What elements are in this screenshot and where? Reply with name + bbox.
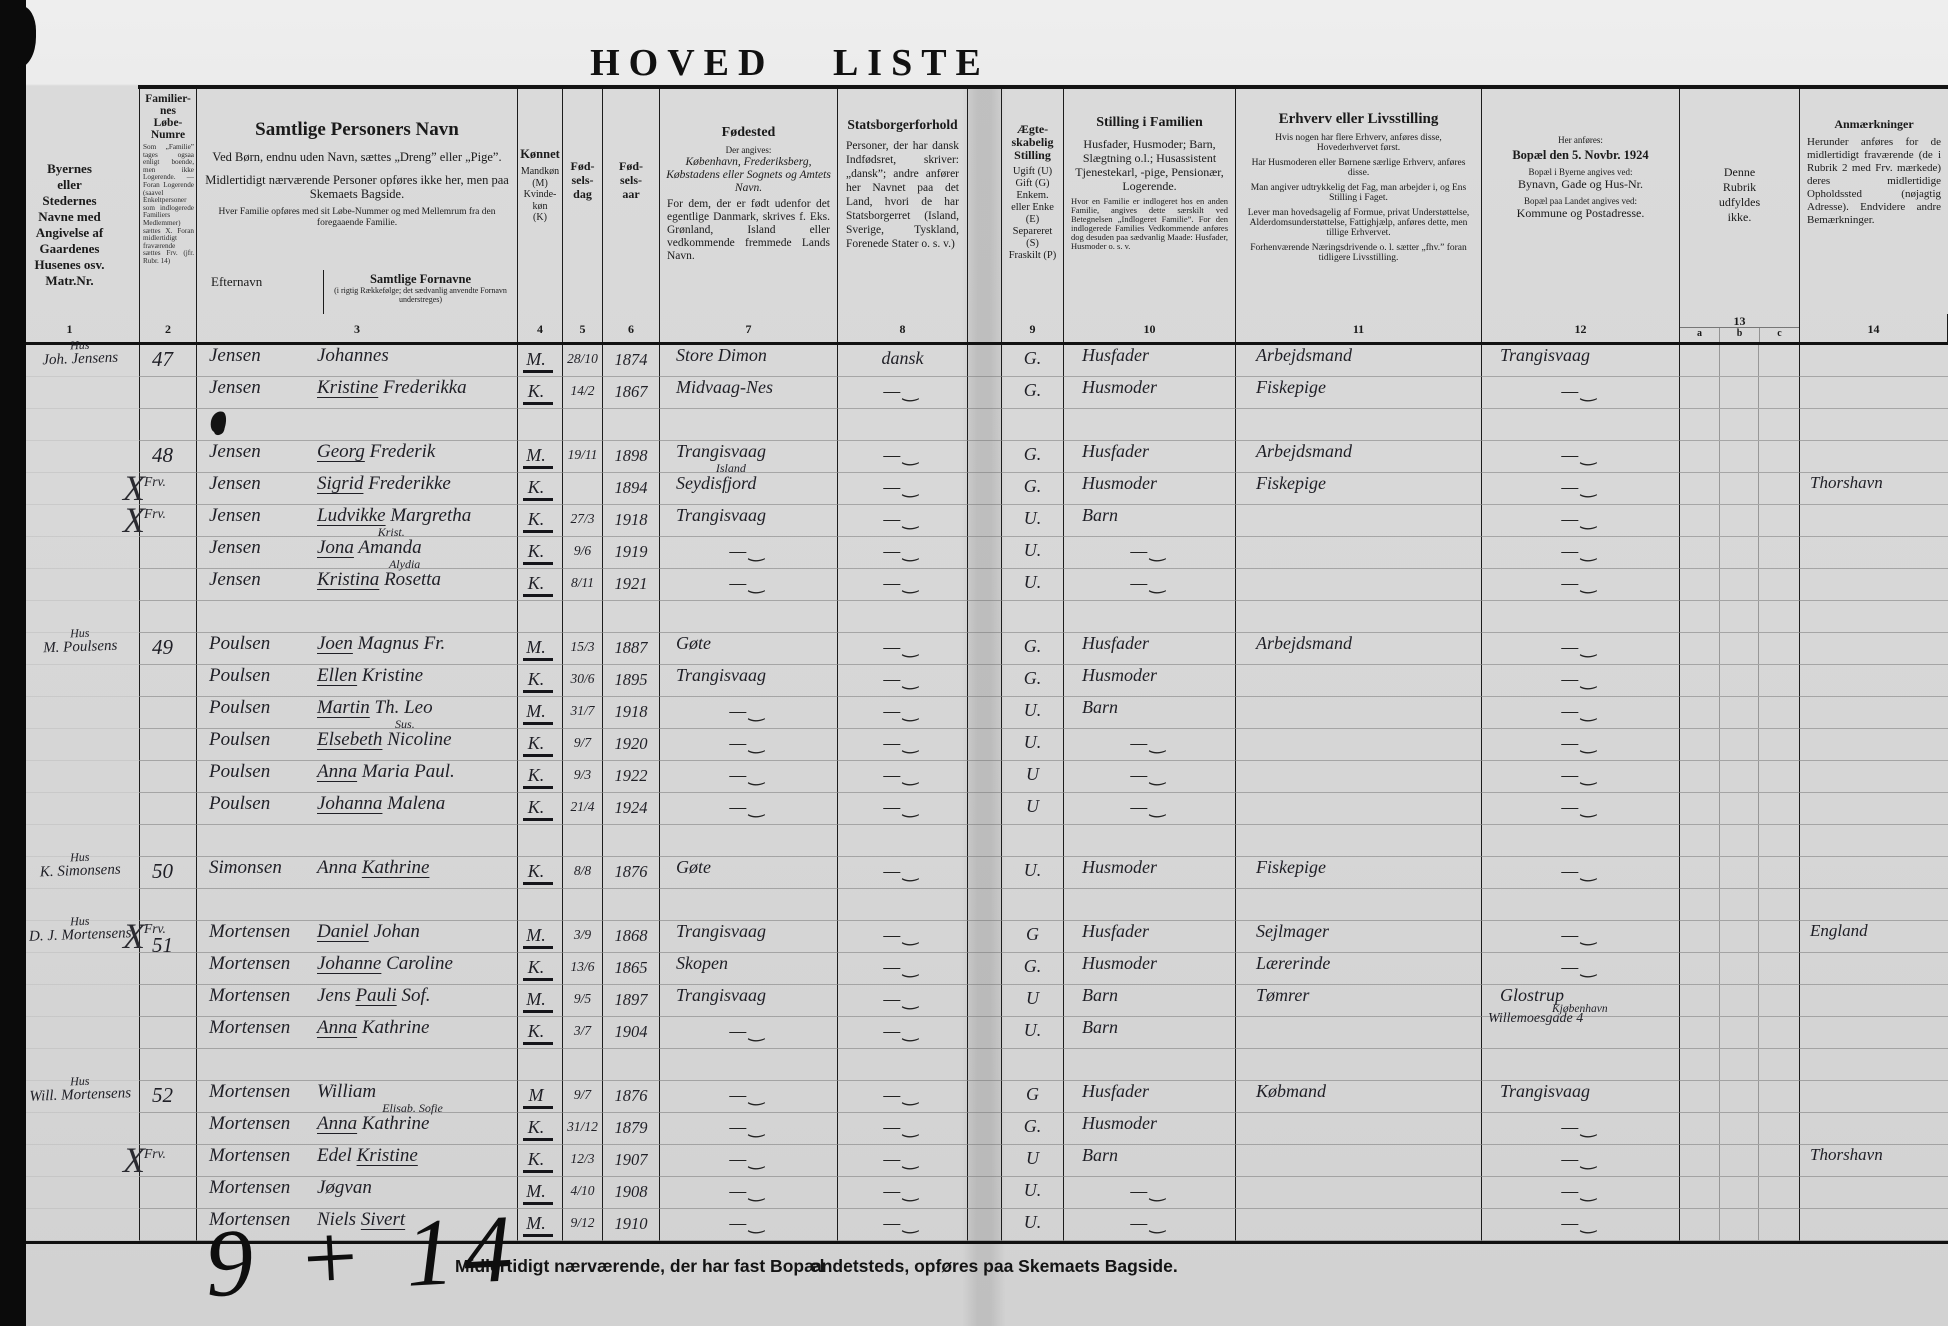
fold-gutter-cell [968,697,1002,729]
person-row: HusJoh. Jensens47JensenJohannesM.28/1018… [0,345,1948,377]
cell-blank-rubric [1680,409,1800,441]
marital-status-value: G. [1002,441,1063,465]
cell-name: PoulsenMartin Th. Leo [197,697,518,729]
fold-gutter-cell [968,889,1002,921]
fold-gutter-cell [968,505,1002,537]
first-names: Ludvikke Margretha [317,505,471,526]
cell-family-position: Husmoder [1064,473,1236,505]
blank-rubric-c [1759,729,1799,760]
birthplace-p3: For dem, der er født udenfor det egentli… [660,198,837,263]
person-row: MortensenJohanne CarolineK.13/61865Skope… [0,953,1948,985]
marital-status-value: U [1002,793,1063,817]
cell-birth-year: 1924 [603,793,660,825]
blank-rubric-a [1680,761,1720,792]
family-position-value: Husmoder [1064,1113,1157,1134]
cell-birth-day: 12/3 [563,1145,603,1177]
ditto-mark: —‿ [660,697,837,723]
marital-status-value: U. [1002,1017,1063,1041]
remarks-p1: Herunder anføres for de midlertidigt fra… [1800,136,1948,227]
cell-marital-status: U [1002,793,1064,825]
cell-blank-rubric [1680,1017,1800,1049]
table-header: Byernes eller Stedernes Navne med Angive… [0,85,1948,314]
cell-family-position: Husmoder [1064,857,1236,889]
cell-blank-rubric [1680,537,1800,569]
sex-value: M. [523,349,553,373]
cell-blank-rubric [1680,857,1800,889]
blank-rubric-b [1720,1177,1760,1208]
blank-rubric-c [1759,1145,1799,1176]
cell-name: JensenGeorg Frederik [197,441,518,473]
cell-sex: M. [518,1177,563,1209]
person-row: XFrv.MortensenEdel KristineK.12/31907—‿—… [0,1145,1948,1177]
birthplace-text: Trangisvaag [660,985,766,1006]
fold-gutter-cell [968,1177,1002,1209]
marital-status-value: G. [1002,633,1063,657]
blank-rubric-b [1720,761,1760,792]
names-p2: Midlertidigt nærværende Personer opføres… [197,173,517,201]
occupation-title: Erhverv eller Livsstilling [1236,111,1481,128]
cell-sex: K. [518,761,563,793]
cell-family-position: —‿ [1064,537,1236,569]
cell-residence: —‿ [1482,1145,1680,1177]
cell-family-number [140,729,197,761]
surname: Mortensen [197,1145,317,1167]
cell-blank-rubric [1680,505,1800,537]
family-position-value: Husfader [1064,921,1149,942]
family-number: 47 [140,347,173,372]
family-position-fineprint: Hvor en Familie er indlogeret hos en and… [1064,197,1235,251]
blank-rubric-c [1759,1113,1799,1144]
cell-marital-status: U. [1002,505,1064,537]
blank-rubric-c [1759,537,1799,568]
marital-title: Ægte- skabelig Stilling [1002,123,1063,162]
surname: Poulsen [197,793,317,815]
cell-occupation: Arbejdsmand [1236,633,1482,665]
cell-residence: —‿ [1482,1113,1680,1145]
first-names: Georg Frederik [317,441,435,462]
sex-value: K. [523,669,553,693]
blank-rubric-a [1680,1113,1720,1144]
cell-name: PoulsenAnna Maria Paul. [197,761,518,793]
fold-gutter-cell [968,377,1002,409]
cell-name: MortensenJens Pauli Sof. [197,985,518,1017]
blank-rubric-a [1680,921,1720,952]
cell-name [197,889,518,921]
handwritten-tally: 9 + 14 [203,1200,524,1312]
cell-sex: K. [518,537,563,569]
ditto-mark: —‿ [1064,1209,1235,1235]
cell-citizenship [838,889,968,921]
cell-birth-year: 1879 [603,1113,660,1145]
marital-status-value: U. [1002,505,1063,529]
ditto-mark: —‿ [660,537,837,563]
cell-sex: K. [518,505,563,537]
birthplace-p1: Der angives: [660,145,837,155]
occupation-value: Købmand [1236,1081,1326,1102]
cell-name: MortensenAnna KathrineElisab. Sofie [197,1113,518,1145]
cell-family-number [140,1113,197,1145]
cell-residence [1482,825,1680,857]
blank-rubric-b [1720,1017,1760,1048]
cell-family-position: —‿ [1064,569,1236,601]
cell-sex: M. [518,345,563,377]
ditto-mark: —‿ [1482,665,1679,691]
ditto-mark: —‿ [1482,537,1679,563]
person-row: PoulsenAnna Maria Paul.K.9/31922—‿—‿U—‿—… [0,761,1948,793]
cell-residence: —‿ [1482,377,1680,409]
blank-rubric-c [1759,857,1799,888]
person-row: 48JensenGeorg FrederikM.19/111898Trangis… [0,441,1948,473]
cell-occupation [1236,825,1482,857]
cell-sex [518,825,563,857]
cell-marital-status: G. [1002,953,1064,985]
blank-rubric-b [1720,537,1760,568]
column-header-birth-year: Fød- sels- aar [603,89,660,314]
cell-birth-day [563,825,603,857]
ditto-mark: —‿ [838,377,967,403]
cell-occupation [1236,793,1482,825]
birthplace-text: Trangisvaag [660,505,766,526]
fold-gutter-cell [968,601,1002,633]
cell-occupation [1236,665,1482,697]
occupation-value: Fiskepige [1236,857,1326,878]
residence-p3: Bopæl paa Landet angives ved: [1482,196,1679,206]
cell-occupation [1236,1145,1482,1177]
owner-name: K. Simonsens [40,862,121,881]
cell-birth-day: 31/7 [563,697,603,729]
citizenship-value: dansk [838,345,967,369]
cell-marital-status: U [1002,761,1064,793]
column-header-sex: Kønnet Mandkøn (M) Kvinde- køn (K) [518,89,563,314]
cell-family-number [140,537,197,569]
cell-birth-day [563,601,603,633]
cell-remarks [1800,825,1948,857]
cell-family-number [140,377,197,409]
cell-remarks [1800,729,1948,761]
blank-rubric-c [1759,377,1799,408]
first-names: Johanna Malena [317,793,445,814]
cell-blank-rubric [1680,793,1800,825]
cell-birth-day [563,473,603,505]
ditto-mark: —‿ [838,1145,967,1171]
cell-birth-year: 1865 [603,953,660,985]
cell-citizenship: —‿ [838,1177,968,1209]
cell-remarks [1800,1113,1948,1145]
spacer-row [0,889,1948,921]
cell-birth-day: 14/2 [563,377,603,409]
birth-day-title: Fød- sels- dag [563,159,602,201]
firstnames-subtitle: Samtlige Fornavne [324,272,517,287]
cell-birth-year: 1904 [603,1017,660,1049]
first-names: Joen Magnus Fr. [317,633,445,654]
cell-name: MortensenWilliam [197,1081,518,1113]
cell-blank-rubric [1680,889,1800,921]
cell-residence: —‿ [1482,633,1680,665]
blank-rubric-c [1759,889,1799,920]
person-row: JensenKristine FrederikkaK.14/21867Midva… [0,377,1948,409]
sex-title: Kønnet [518,147,562,162]
blank-rubric-b [1720,857,1760,888]
sex-value: K. [523,1021,553,1045]
cell-remarks [1800,985,1948,1017]
occupation-value: Fiskepige [1236,473,1326,494]
cell-family-position: —‿ [1064,761,1236,793]
cell-occupation [1236,761,1482,793]
cell-family-position: Barn [1064,505,1236,537]
cell-birth-day [563,1049,603,1081]
blank-rubric-c [1759,793,1799,824]
marital-status-value: G. [1002,953,1063,977]
name-superscript: Krist. [378,525,405,540]
cell-occupation: Arbejdsmand [1236,345,1482,377]
cell-birth-day: 9/6 [563,537,603,569]
names-title: Samtlige Personers Navn [197,119,517,141]
cell-residence: —‿ [1482,569,1680,601]
sex-value: M. [523,1213,553,1237]
ditto-mark: —‿ [838,761,967,787]
cell-birth-year: 1894 [603,473,660,505]
cell-marital-status: U. [1002,697,1064,729]
cell-birth-year: 1874 [603,345,660,377]
cell-birthplace: —‿ [660,1017,838,1049]
blank-rubric-b [1720,441,1760,472]
marital-status-value: G. [1002,665,1063,689]
cell-family-position: —‿ [1064,1177,1236,1209]
family-position-value: Barn [1064,697,1118,718]
house-margin-label: HusK. Simonsens [24,848,137,880]
fold-gutter-cell [968,825,1002,857]
name-superscript: Sus. [395,717,415,732]
cell-marital-status: U. [1002,857,1064,889]
cell-remarks [1800,697,1948,729]
cell-marital-status: G. [1002,633,1064,665]
cell-birth-year: 1919 [603,537,660,569]
birth-year-title: Fød- sels- aar [603,159,659,201]
cell-family-position: Barn [1064,985,1236,1017]
cell-birth-day: 15/3 [563,633,603,665]
ditto-mark: —‿ [838,537,967,563]
occupation-p2: Har Husmoderen eller Børnene særlige Erh… [1236,158,1481,178]
cell-marital-status: U. [1002,537,1064,569]
ditto-mark: —‿ [660,1017,837,1043]
ditto-mark: —‿ [1482,953,1679,979]
cell-sex: K. [518,1145,563,1177]
ditto-mark: —‿ [838,793,967,819]
sex-value: M. [523,637,553,661]
blank-rubric-a [1680,1177,1720,1208]
blank-rubric-b [1720,1081,1760,1112]
surname: Poulsen [197,697,317,719]
column-header-occupation: Erhverv eller Livsstilling Hvis nogen ha… [1236,89,1482,314]
remark-value: England [1800,921,1868,941]
occupation-value: Arbejdsmand [1236,345,1352,366]
ditto-mark: —‿ [1064,729,1235,755]
family-number-title: Familier- nes Løbe- Numre [140,93,196,141]
cell-birthplace: Trangisvaag [660,921,838,953]
cell-birthplace: —‿ [660,1113,838,1145]
cell-birth-year: 1908 [603,1177,660,1209]
cell-citizenship: —‿ [838,569,968,601]
blank-rubric-b [1720,345,1760,376]
blank-rubric-a [1680,441,1720,472]
spacer-row [0,601,1948,633]
sex-value: K. [523,957,553,981]
marital-status-value: G. [1002,377,1063,401]
blank-rubric-a [1680,345,1720,376]
blank-rubric-a [1680,1145,1720,1176]
blank-rubric-a [1680,633,1720,664]
fold-gutter-cell [968,1145,1002,1177]
cell-occupation: Arbejdsmand [1236,441,1482,473]
cell-occupation: Fiskepige [1236,857,1482,889]
cell-birth-day: 3/9 [563,921,603,953]
cell-birth-year: 1918 [603,505,660,537]
residence-value: Glostrup [1482,985,1564,1006]
blank-rubric-c [1759,409,1799,440]
lodger-x-mark: X [123,915,145,957]
marital-status-value: U. [1002,1177,1063,1201]
ditto-mark: —‿ [660,1113,837,1139]
birthplace-p2: København, Frederiksberg, Købstadens ell… [660,156,837,195]
birthplace-text: Trangisvaag [660,665,766,686]
cell-sex: M. [518,1209,563,1241]
marital-status-value: U. [1002,537,1063,561]
cell-blank-rubric [1680,1113,1800,1145]
cell-birth-year [603,889,660,921]
occupation-value: Sejlmager [1236,921,1329,942]
cell-birth-year: 1907 [603,1145,660,1177]
cell-marital-status: U [1002,985,1064,1017]
blank-rubric-c [1759,953,1799,984]
first-names: Jøgvan [317,1177,372,1198]
cell-blank-rubric [1680,1081,1800,1113]
person-row: PoulsenEllen KristineK.30/61895Trangisva… [0,665,1948,697]
fold-gutter-cell [968,1049,1002,1081]
marital-status-value: G. [1002,1113,1063,1137]
surname: Mortensen [197,1081,317,1103]
cell-name: JensenJona AmandaKrist. [197,537,518,569]
cell-citizenship: —‿ [838,505,968,537]
surname: Mortensen [197,985,317,1007]
person-row: MortensenJøgvanM.4/101908—‿—‿U.—‿—‿ [0,1177,1948,1209]
cell-birth-day: 3/7 [563,1017,603,1049]
blank-rubric-b [1720,921,1760,952]
cell-sex: K. [518,473,563,505]
fold-gutter-cell [968,1209,1002,1241]
blank-rubric-text: Denne Rubrik udfyldes ikke. [1680,165,1799,225]
cell-citizenship: —‿ [838,473,968,505]
cell-residence [1482,409,1680,441]
residence-p0: Her anføres: [1482,135,1679,145]
cell-remarks [1800,633,1948,665]
marital-status-value: U [1002,761,1063,785]
lodger-x-mark: X [123,1139,145,1181]
ditto-mark: —‿ [1482,793,1679,819]
marital-status-value: U [1002,1145,1063,1169]
blank-rubric-b [1720,953,1760,984]
cell-residence: —‿ [1482,473,1680,505]
cell-family-position: Husfader [1064,633,1236,665]
sex-value: K. [523,765,553,789]
cell-birth-year [603,409,660,441]
colnum-6: 6 [603,314,660,342]
cell-family-position: Husfader [1064,345,1236,377]
cell-residence: —‿ [1482,1209,1680,1241]
blank-rubric-a [1680,537,1720,568]
cell-marital-status [1002,889,1064,921]
person-row: MortensenAnna KathrineK.3/71904—‿—‿U.Bar… [0,1017,1948,1049]
cell-family-position [1064,825,1236,857]
cell-family-number [140,761,197,793]
ditto-mark: —‿ [838,473,967,499]
footer-note-right: andetsteds, opføres paa Skemaets Bagside… [812,1256,1178,1277]
sex-value: K. [523,797,553,821]
colnum-13a: a [1680,328,1720,342]
residence-title: Bopæl den 5. Novbr. 1924 [1482,148,1679,163]
cell-birthplace: —‿ [660,729,838,761]
cell-occupation [1236,569,1482,601]
residence-value: Trangisvaag [1482,1081,1590,1102]
surname: Jensen [197,537,317,559]
cell-family-number: 52 [140,1081,197,1113]
cell-family-number [140,1049,197,1081]
ditto-mark: —‿ [1482,921,1679,947]
cell-birthplace: —‿ [660,697,838,729]
cell-birth-day: 30/6 [563,665,603,697]
cell-family-number [140,793,197,825]
person-row: HusWill. Mortensens52MortensenWilliamM9/… [0,1081,1948,1113]
colnum-12: 12 [1482,314,1680,342]
person-row: PoulsenElsebeth NicolineSus.K.9/71920—‿—… [0,729,1948,761]
cell-family-position: Husfader [1064,441,1236,473]
residence-value: Trangisvaag [1482,345,1590,366]
fold-gutter-header [968,89,1002,314]
column-number-row: 1 2 3 4 5 6 7 8 9 10 11 12 13 a b c 14 [0,314,1948,345]
family-position-value: Barn [1064,1017,1118,1038]
blank-rubric-c [1759,441,1799,472]
occupation-p4: Lever man hovedsagelig af Formue, privat… [1236,208,1481,238]
cell-remarks [1800,1049,1948,1081]
sex-value: M. [523,1181,553,1205]
cell-birth-day: 13/6 [563,953,603,985]
cell-citizenship [838,1049,968,1081]
page-title: HOVED LISTE [30,41,1550,85]
family-position-value: Husmoder [1064,473,1157,494]
cell-name: JensenKristina RosettaAlydia [197,569,518,601]
sex-value: M. [523,989,553,1013]
surname: Jensen [197,377,317,399]
person-row: HusK. Simonsens50SimonsenAnna KathrineK.… [0,857,1948,889]
cell-marital-status: U. [1002,1177,1064,1209]
cell-sex [518,889,563,921]
house-margin-label: HusM. Poulsens [24,624,137,656]
blank-rubric-a [1680,953,1720,984]
cell-birthplace: —‿ [660,569,838,601]
cell-family-position: Barn [1064,1145,1236,1177]
column-header-family-position: Stilling i Familien Husfader, Husmoder; … [1064,89,1236,314]
ditto-mark: —‿ [838,441,967,467]
blank-rubric-c [1759,825,1799,856]
column-header-family-number: Familier- nes Løbe- Numre Som „Familie” … [140,89,197,314]
first-names: Elsebeth NicolineSus. [317,729,452,750]
cell-marital-status: G. [1002,377,1064,409]
cell-name [197,825,518,857]
cell-name: MortensenJohanne Caroline [197,953,518,985]
blank-rubric-b [1720,729,1760,760]
cell-residence: —‿ [1482,921,1680,953]
cell-remarks [1800,793,1948,825]
cell-occupation [1236,537,1482,569]
